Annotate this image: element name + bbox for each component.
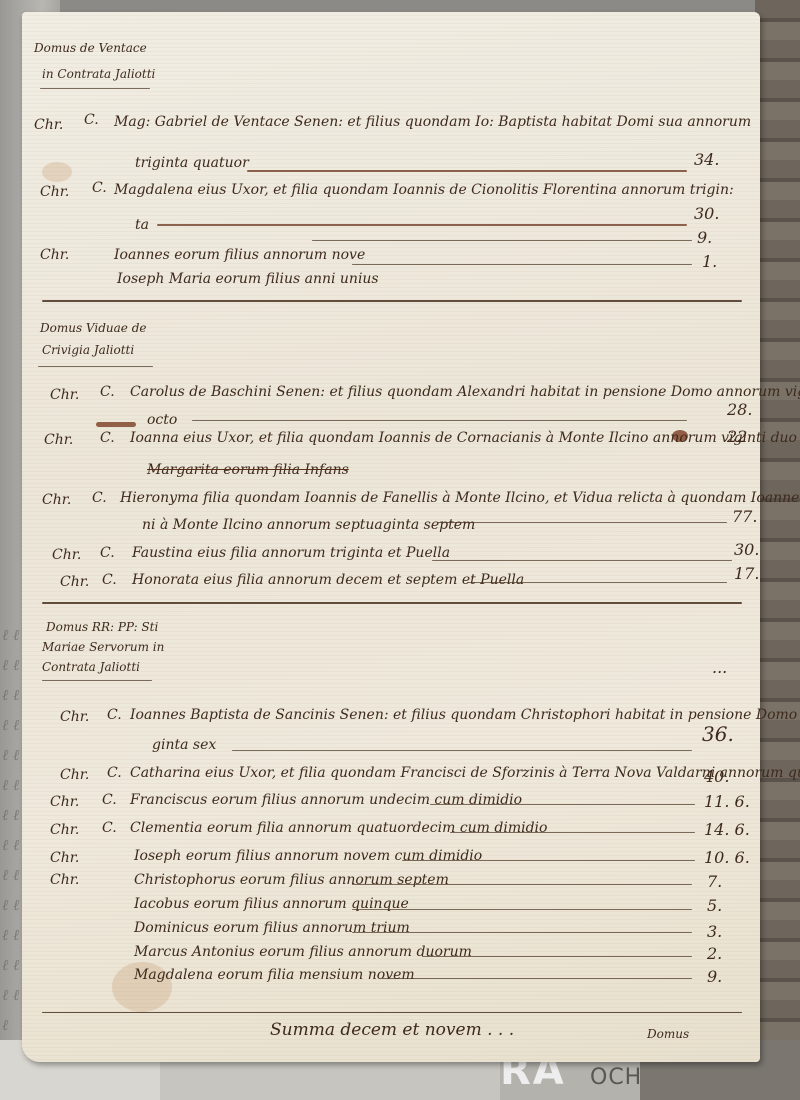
- entry-continuation: triginta quatuor: [135, 155, 249, 171]
- fill-line: [192, 420, 687, 421]
- mark-chr: Chr.: [50, 822, 79, 838]
- age-value: 36.: [702, 722, 734, 746]
- entry-continuation-struck: Margarita eorum filia Infans: [147, 462, 349, 478]
- mark-c: C.: [92, 180, 107, 196]
- mark-c: C.: [102, 792, 117, 808]
- age-value: 11. 6.: [704, 792, 750, 811]
- age-value: 30.: [734, 540, 759, 559]
- entry-text-struck: Ioanna eius Uxor, et filia quondam Ioann…: [130, 430, 797, 446]
- section-3-header-line-1: Domus RR: PP: Sti: [46, 619, 158, 636]
- fill-line: [437, 522, 727, 523]
- mark-c: C.: [100, 384, 115, 400]
- entry-text: Mag: Gabriel de Ventace Senen: et filius…: [114, 114, 751, 130]
- mark-chr: Chr.: [60, 709, 89, 725]
- header-underline: [42, 680, 152, 681]
- mark-chr: Chr.: [42, 492, 71, 508]
- age-value: 9.: [697, 228, 712, 247]
- entry-text: Marcus Antonius eorum filius annorum duo…: [134, 944, 472, 960]
- background-print-text-2: OCH: [590, 1065, 642, 1090]
- entry-text: Hieronyma filia quondam Ioannis de Fanel…: [120, 490, 800, 506]
- mark-chr: Chr.: [60, 767, 89, 783]
- entry-text: Ioannes eorum filius annorum nove: [114, 247, 365, 263]
- mark-chr: Chr.: [60, 574, 89, 590]
- mark-c: C.: [107, 765, 122, 781]
- fill-line: [312, 240, 692, 241]
- mark-c: C.: [102, 820, 117, 836]
- catchword: Domus: [647, 1027, 689, 1041]
- entry-text: Faustina eius filia annorum triginta et …: [132, 545, 450, 561]
- manuscript-page: Domus de Ventace in Contrata Jaliotti Ch…: [22, 12, 760, 1062]
- entry-text: Carolus de Baschini Senen: et filius quo…: [130, 384, 800, 400]
- entry-continuation: ta: [135, 217, 149, 233]
- fill-line: [157, 224, 687, 226]
- entry-text: Christophorus eorum filius annorum septe…: [134, 872, 449, 888]
- marginal-dots: ...: [712, 658, 727, 677]
- entry-text: Clementia eorum filia annorum quatuordec…: [130, 820, 547, 836]
- fill-line: [247, 170, 687, 172]
- section-3-header-line-2: Mariae Servorum in: [42, 639, 164, 656]
- entry-text: Ioannes Baptista de Sancinis Senen: et f…: [130, 707, 800, 723]
- section-1-header-line-2: in Contrata Jaliotti: [42, 66, 155, 83]
- entry-text: Honorata eius filia annorum decem et sep…: [132, 572, 524, 588]
- section-divider: [42, 300, 742, 302]
- age-value: 5.: [707, 896, 722, 915]
- age-value: 2.: [707, 944, 722, 963]
- mark-chr: Chr.: [50, 872, 79, 888]
- age-value: 7.: [707, 872, 722, 891]
- mark-chr: Chr.: [34, 117, 63, 133]
- summary-divider: [42, 1012, 742, 1013]
- mark-c: C.: [92, 490, 107, 506]
- fill-line: [422, 956, 692, 957]
- section-3-header-line-3: Contrata Jaliotti: [42, 659, 140, 676]
- fill-line: [402, 860, 695, 861]
- fill-line: [352, 909, 692, 910]
- stain: [42, 162, 72, 182]
- mark-chr: Chr.: [52, 547, 81, 563]
- entry-text: Franciscus eorum filius annorum undecim …: [130, 792, 522, 808]
- mark-chr: Chr.: [50, 387, 79, 403]
- mark-chr: Chr.: [40, 184, 69, 200]
- entry-continuation: ni à Monte Ilcino annorum septuaginta se…: [142, 517, 475, 533]
- age-value: 1.: [702, 252, 717, 271]
- age-value: 10. 6.: [704, 848, 750, 867]
- background-right-binding: [755, 0, 800, 1100]
- age-value: 9.: [707, 967, 722, 986]
- entry-continuation: ginta sex: [152, 737, 216, 753]
- entry-text: Dominicus eorum filius annorum trium: [134, 920, 410, 936]
- mark-chr: Chr.: [40, 247, 69, 263]
- mark-c: C.: [107, 707, 122, 723]
- section-2-header-line-1: Domus Viduae de: [40, 320, 146, 337]
- age-value: 40.: [704, 767, 729, 786]
- entry-text: Catharina eius Uxor, et filia quondam Fr…: [130, 765, 800, 781]
- age-value: 30.: [694, 204, 719, 223]
- mark-chr: Chr.: [50, 794, 79, 810]
- mark-c: C.: [100, 430, 115, 446]
- mark-c: C.: [102, 572, 117, 588]
- fill-line: [352, 884, 692, 885]
- age-value: 17.: [734, 564, 759, 583]
- ink-smear: [96, 422, 136, 427]
- age-value: 14. 6.: [704, 820, 750, 839]
- age-value: 28.: [727, 400, 752, 419]
- age-value: 3.: [707, 922, 722, 941]
- entry-continuation: octo: [147, 412, 177, 428]
- age-value: 77.: [732, 507, 757, 526]
- entry-text: Magdalena eorum filia mensium novem: [134, 967, 415, 983]
- fill-line: [232, 750, 692, 751]
- section-1-header-line-1: Domus de Ventace: [34, 40, 147, 57]
- section-divider: [42, 602, 742, 604]
- entry-text: Magdalena eius Uxor, et filia quondam Io…: [114, 182, 734, 198]
- entry-text: Ioseph Maria eorum filius anni unius: [117, 271, 379, 287]
- mark-chr: Chr.: [50, 850, 79, 866]
- age-value: 34.: [694, 150, 719, 169]
- section-2-header-line-2: Crivigia Jaliotti: [42, 342, 134, 359]
- mark-c: C.: [84, 112, 99, 128]
- fill-line: [450, 832, 695, 833]
- entry-text: Ioseph eorum filius annorum novem cum di…: [134, 848, 482, 864]
- summary-total: Summa decem et novem . . .: [270, 1020, 514, 1040]
- fill-line: [352, 932, 692, 933]
- fill-line: [382, 978, 692, 979]
- fill-line: [352, 264, 692, 265]
- fill-line: [432, 560, 732, 561]
- fill-line: [430, 804, 695, 805]
- header-underline: [38, 366, 153, 367]
- fill-line: [467, 582, 727, 583]
- age-value: 22: [727, 427, 747, 446]
- mark-chr: Chr.: [44, 432, 73, 448]
- header-underline: [40, 88, 150, 89]
- mark-c: C.: [100, 545, 115, 561]
